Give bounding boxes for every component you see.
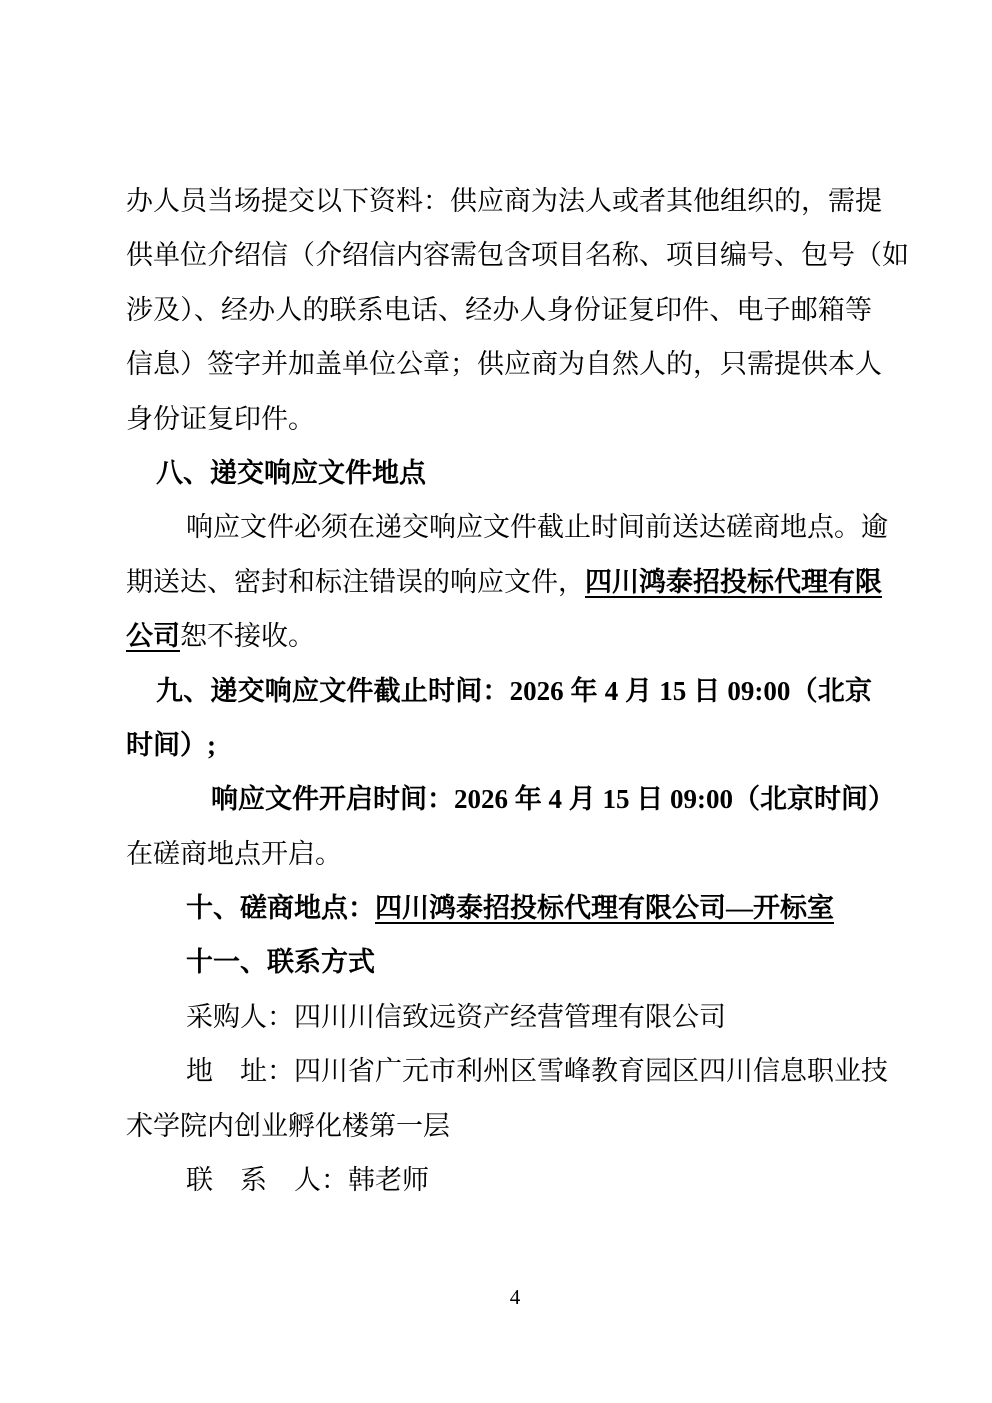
paragraph-text: 期送达、密封和标注错误的响应文件， bbox=[126, 567, 585, 597]
body-text-line: 信息）签字并加盖单位公章；供应商为自然人的，只需提供本人 bbox=[126, 337, 872, 391]
paragraph-text: 响应文件必须在递交响应文件截止时间前送达磋商地点。逾 bbox=[186, 512, 888, 542]
body-text-line: 响应文件开启时间：2026 年 4 月 15 日 09:00（北京时间） bbox=[126, 772, 872, 826]
paragraph-text: 供单位介绍信（介绍信内容需包含项目名称、项目编号、包号（如 bbox=[126, 240, 909, 270]
purchaser-line: 采购人：四川川信致远资产经营管理有限公司 bbox=[126, 990, 872, 1044]
deadline-text: 时间）; bbox=[126, 730, 216, 760]
section-11-heading: 十一、联系方式 bbox=[126, 935, 872, 989]
purchaser-text: 采购人：四川川信致远资产经营管理有限公司 bbox=[186, 1002, 726, 1032]
address-line: 地 址：四川省广元市利州区雪峰教育园区四川信息职业技 bbox=[126, 1044, 872, 1098]
section-10-heading: 十、磋商地点：四川鸿泰招投标代理有限公司—开标室 bbox=[126, 881, 872, 935]
paragraph-text: 信息）签字并加盖单位公章；供应商为自然人的，只需提供本人 bbox=[126, 349, 882, 379]
heading-text: 十、磋商地点： bbox=[186, 893, 375, 923]
body-text-line: 公司恕不接收。 bbox=[126, 609, 872, 663]
page-number: 4 bbox=[19, 1284, 992, 1310]
section-9-heading-wrap: 时间）; bbox=[126, 718, 872, 772]
deadline-text: 九、递交响应文件截止时间：2026 年 4 月 15 日 09:00（北京 bbox=[156, 676, 872, 706]
contact-person-text: 联 系 人：韩老师 bbox=[186, 1165, 429, 1195]
section-8-heading: 八、递交响应文件地点 bbox=[126, 446, 872, 500]
body-text-line: 在磋商地点开启。 bbox=[126, 827, 872, 881]
opening-time-text: 响应文件开启时间：2026 年 4 月 15 日 09:00（北京时间） bbox=[211, 784, 895, 814]
agency-company-name: 四川鸿泰招投标代理有限 bbox=[585, 567, 882, 597]
address-text: 术学院内创业孵化楼第一层 bbox=[126, 1111, 450, 1141]
body-text-line: 供单位介绍信（介绍信内容需包含项目名称、项目编号、包号（如 bbox=[126, 228, 872, 282]
body-text-line: 期送达、密封和标注错误的响应文件，四川鸿泰招投标代理有限 bbox=[126, 555, 872, 609]
section-9-heading: 九、递交响应文件截止时间：2026 年 4 月 15 日 09:00（北京 bbox=[126, 664, 872, 718]
body-text-line: 办人员当场提交以下资料：供应商为法人或者其他组织的，需提 bbox=[126, 174, 872, 228]
paragraph-text: 身份证复印件。 bbox=[126, 404, 315, 434]
address-text: 地 址：四川省广元市利州区雪峰教育园区四川信息职业技 bbox=[186, 1056, 888, 1086]
document-page: 办人员当场提交以下资料：供应商为法人或者其他组织的，需提 供单位介绍信（介绍信内… bbox=[0, 0, 992, 1403]
agency-company-name: 公司 bbox=[126, 621, 180, 651]
paragraph-text: 涉及）、经办人的联系电话、经办人身份证复印件、电子邮箱等 bbox=[126, 295, 872, 325]
heading-text: 八、递交响应文件地点 bbox=[156, 458, 426, 488]
body-text-line: 涉及）、经办人的联系电话、经办人身份证复印件、电子邮箱等 bbox=[126, 283, 872, 337]
document-body: 办人员当场提交以下资料：供应商为法人或者其他组织的，需提 供单位介绍信（介绍信内… bbox=[126, 174, 872, 1207]
paragraph-text: 恕不接收。 bbox=[180, 621, 315, 651]
page-number-text: 4 bbox=[510, 1285, 521, 1309]
negotiation-location: 四川鸿泰招投标代理有限公司—开标室 bbox=[375, 893, 834, 923]
address-line: 术学院内创业孵化楼第一层 bbox=[126, 1099, 872, 1153]
paragraph-text: 办人员当场提交以下资料：供应商为法人或者其他组织的，需提 bbox=[126, 186, 882, 216]
paragraph-text: 在磋商地点开启。 bbox=[126, 839, 342, 869]
body-text-line: 身份证复印件。 bbox=[126, 392, 872, 446]
contact-person-line: 联 系 人：韩老师 bbox=[126, 1153, 872, 1207]
heading-text: 十一、联系方式 bbox=[186, 947, 375, 977]
body-text-line: 响应文件必须在递交响应文件截止时间前送达磋商地点。逾 bbox=[126, 500, 872, 554]
